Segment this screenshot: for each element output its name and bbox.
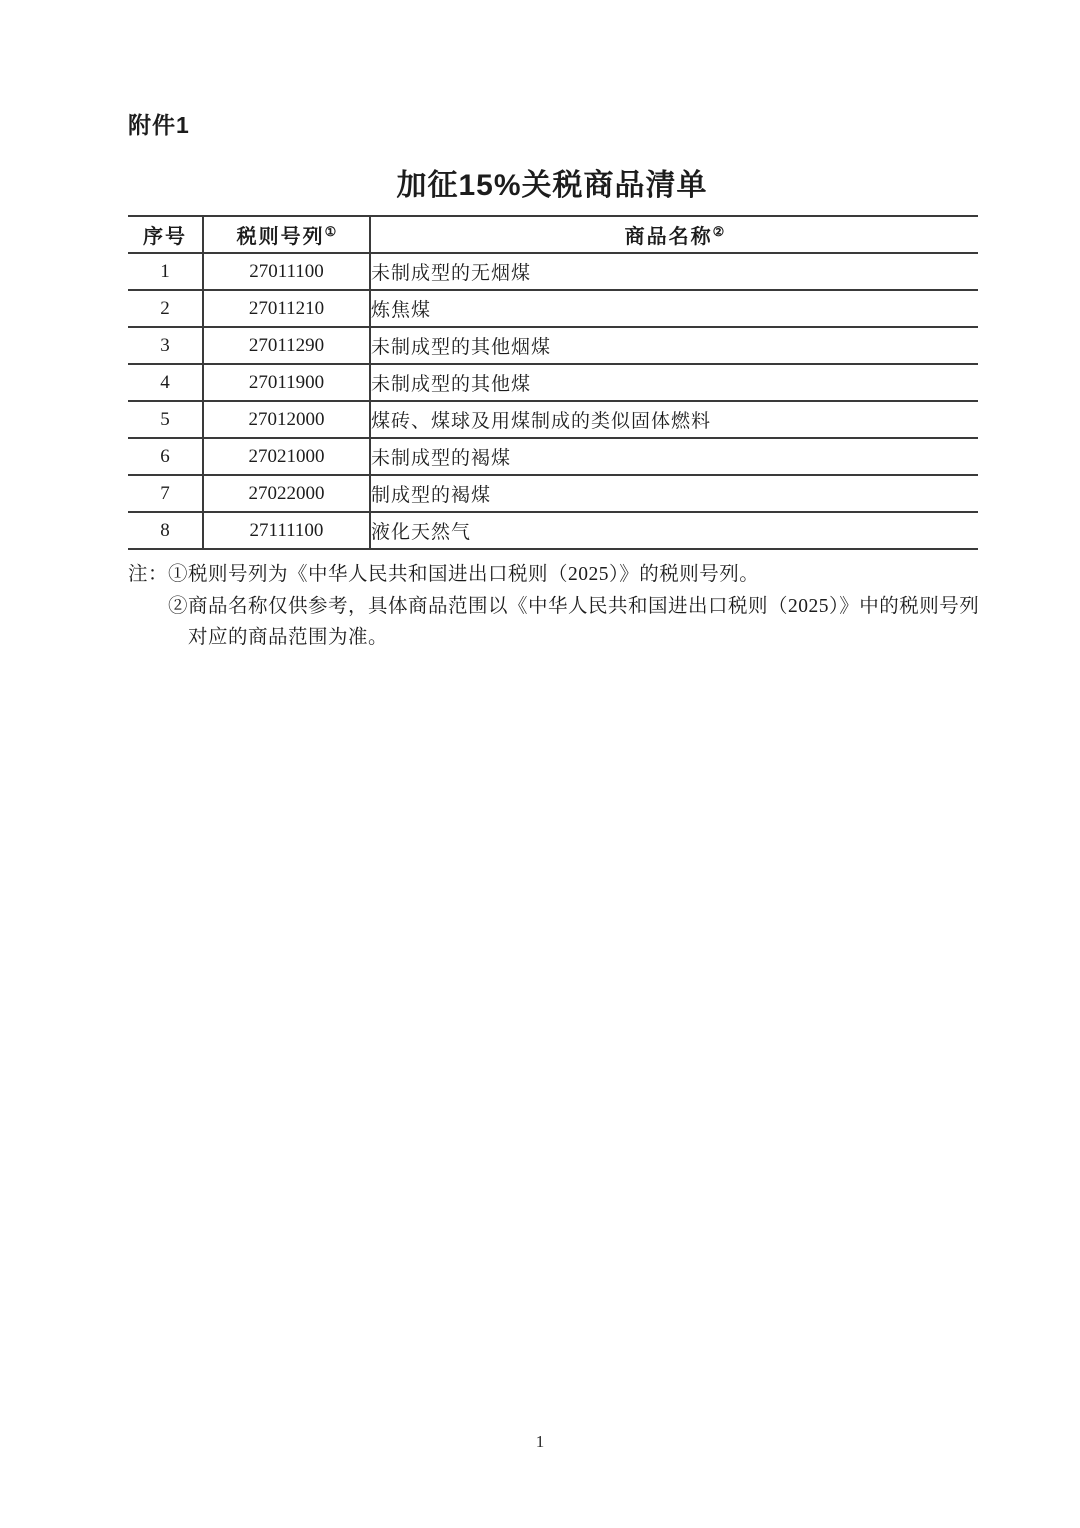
cell-product-name: 未制成型的无烟煤 (370, 253, 978, 290)
cell-product-name: 液化天然气 (370, 512, 978, 549)
cell-index: 1 (128, 253, 203, 290)
cell-tariff-code: 27021000 (203, 438, 370, 475)
table-row: 7 27022000 制成型的褐煤 (128, 475, 978, 512)
table-row: 5 27012000 煤砖、煤球及用煤制成的类似固体燃料 (128, 401, 978, 438)
table-row: 6 27021000 未制成型的褐煤 (128, 438, 978, 475)
cell-index: 3 (128, 327, 203, 364)
footnote-mark-1: ① (325, 224, 337, 239)
cell-index: 2 (128, 290, 203, 327)
note-item-1: ①税则号列为《中华人民共和国进出口税则（2025）》的税则号列。 (168, 559, 980, 591)
cell-tariff-code: 27011100 (203, 253, 370, 290)
cell-product-name: 制成型的褐煤 (370, 475, 978, 512)
cell-tariff-code: 27022000 (203, 475, 370, 512)
note-item-2: ②商品名称仅供参考，具体商品范围以《中华人民共和国进出口税则（2025）》中的税… (168, 591, 980, 654)
table-row: 4 27011900 未制成型的其他煤 (128, 364, 978, 401)
table-row: 1 27011100 未制成型的无烟煤 (128, 253, 978, 290)
cell-index: 8 (128, 512, 203, 549)
footnote-mark-2: ② (713, 224, 725, 239)
col-header-tariff-code-label: 税则号列 (237, 226, 325, 248)
cell-product-name: 未制成型的其他烟煤 (370, 327, 978, 364)
table-header-row: 序号 税则号列① 商品名称② (128, 216, 978, 253)
cell-index: 7 (128, 475, 203, 512)
document-page: 附件1 加征15%关税商品清单 序号 税则号列① 商品名称② 1 2701110… (0, 0, 1080, 1528)
cell-product-name: 未制成型的褐煤 (370, 438, 978, 475)
notes-label: 注： (128, 559, 168, 654)
cell-product-name: 炼焦煤 (370, 290, 978, 327)
page-number: 1 (0, 1432, 1080, 1452)
cell-tariff-code: 27011290 (203, 327, 370, 364)
cell-tariff-code: 27011210 (203, 290, 370, 327)
notes-items: ①税则号列为《中华人民共和国进出口税则（2025）》的税则号列。 ②商品名称仅供… (168, 559, 980, 654)
table-row: 3 27011290 未制成型的其他烟煤 (128, 327, 978, 364)
cell-index: 5 (128, 401, 203, 438)
notes-block: 注： ①税则号列为《中华人民共和国进出口税则（2025）》的税则号列。 ②商品名… (128, 559, 980, 654)
cell-index: 4 (128, 364, 203, 401)
page-title: 加征15%关税商品清单 (0, 160, 1080, 204)
cell-index: 6 (128, 438, 203, 475)
cell-product-name: 煤砖、煤球及用煤制成的类似固体燃料 (370, 401, 978, 438)
cell-tariff-code: 27011900 (203, 364, 370, 401)
cell-tariff-code: 27012000 (203, 401, 370, 438)
col-header-product-name: 商品名称② (370, 216, 978, 253)
tariff-table: 序号 税则号列① 商品名称② 1 27011100 未制成型的无烟煤 2 270… (128, 215, 978, 550)
col-header-index-label: 序号 (143, 226, 187, 248)
col-header-product-name-label: 商品名称 (625, 226, 713, 248)
col-header-tariff-code: 税则号列① (203, 216, 370, 253)
cell-product-name: 未制成型的其他煤 (370, 364, 978, 401)
table-row: 2 27011210 炼焦煤 (128, 290, 978, 327)
col-header-index: 序号 (128, 216, 203, 253)
attachment-label: 附件1 (128, 107, 190, 140)
cell-tariff-code: 27111100 (203, 512, 370, 549)
table-row: 8 27111100 液化天然气 (128, 512, 978, 549)
